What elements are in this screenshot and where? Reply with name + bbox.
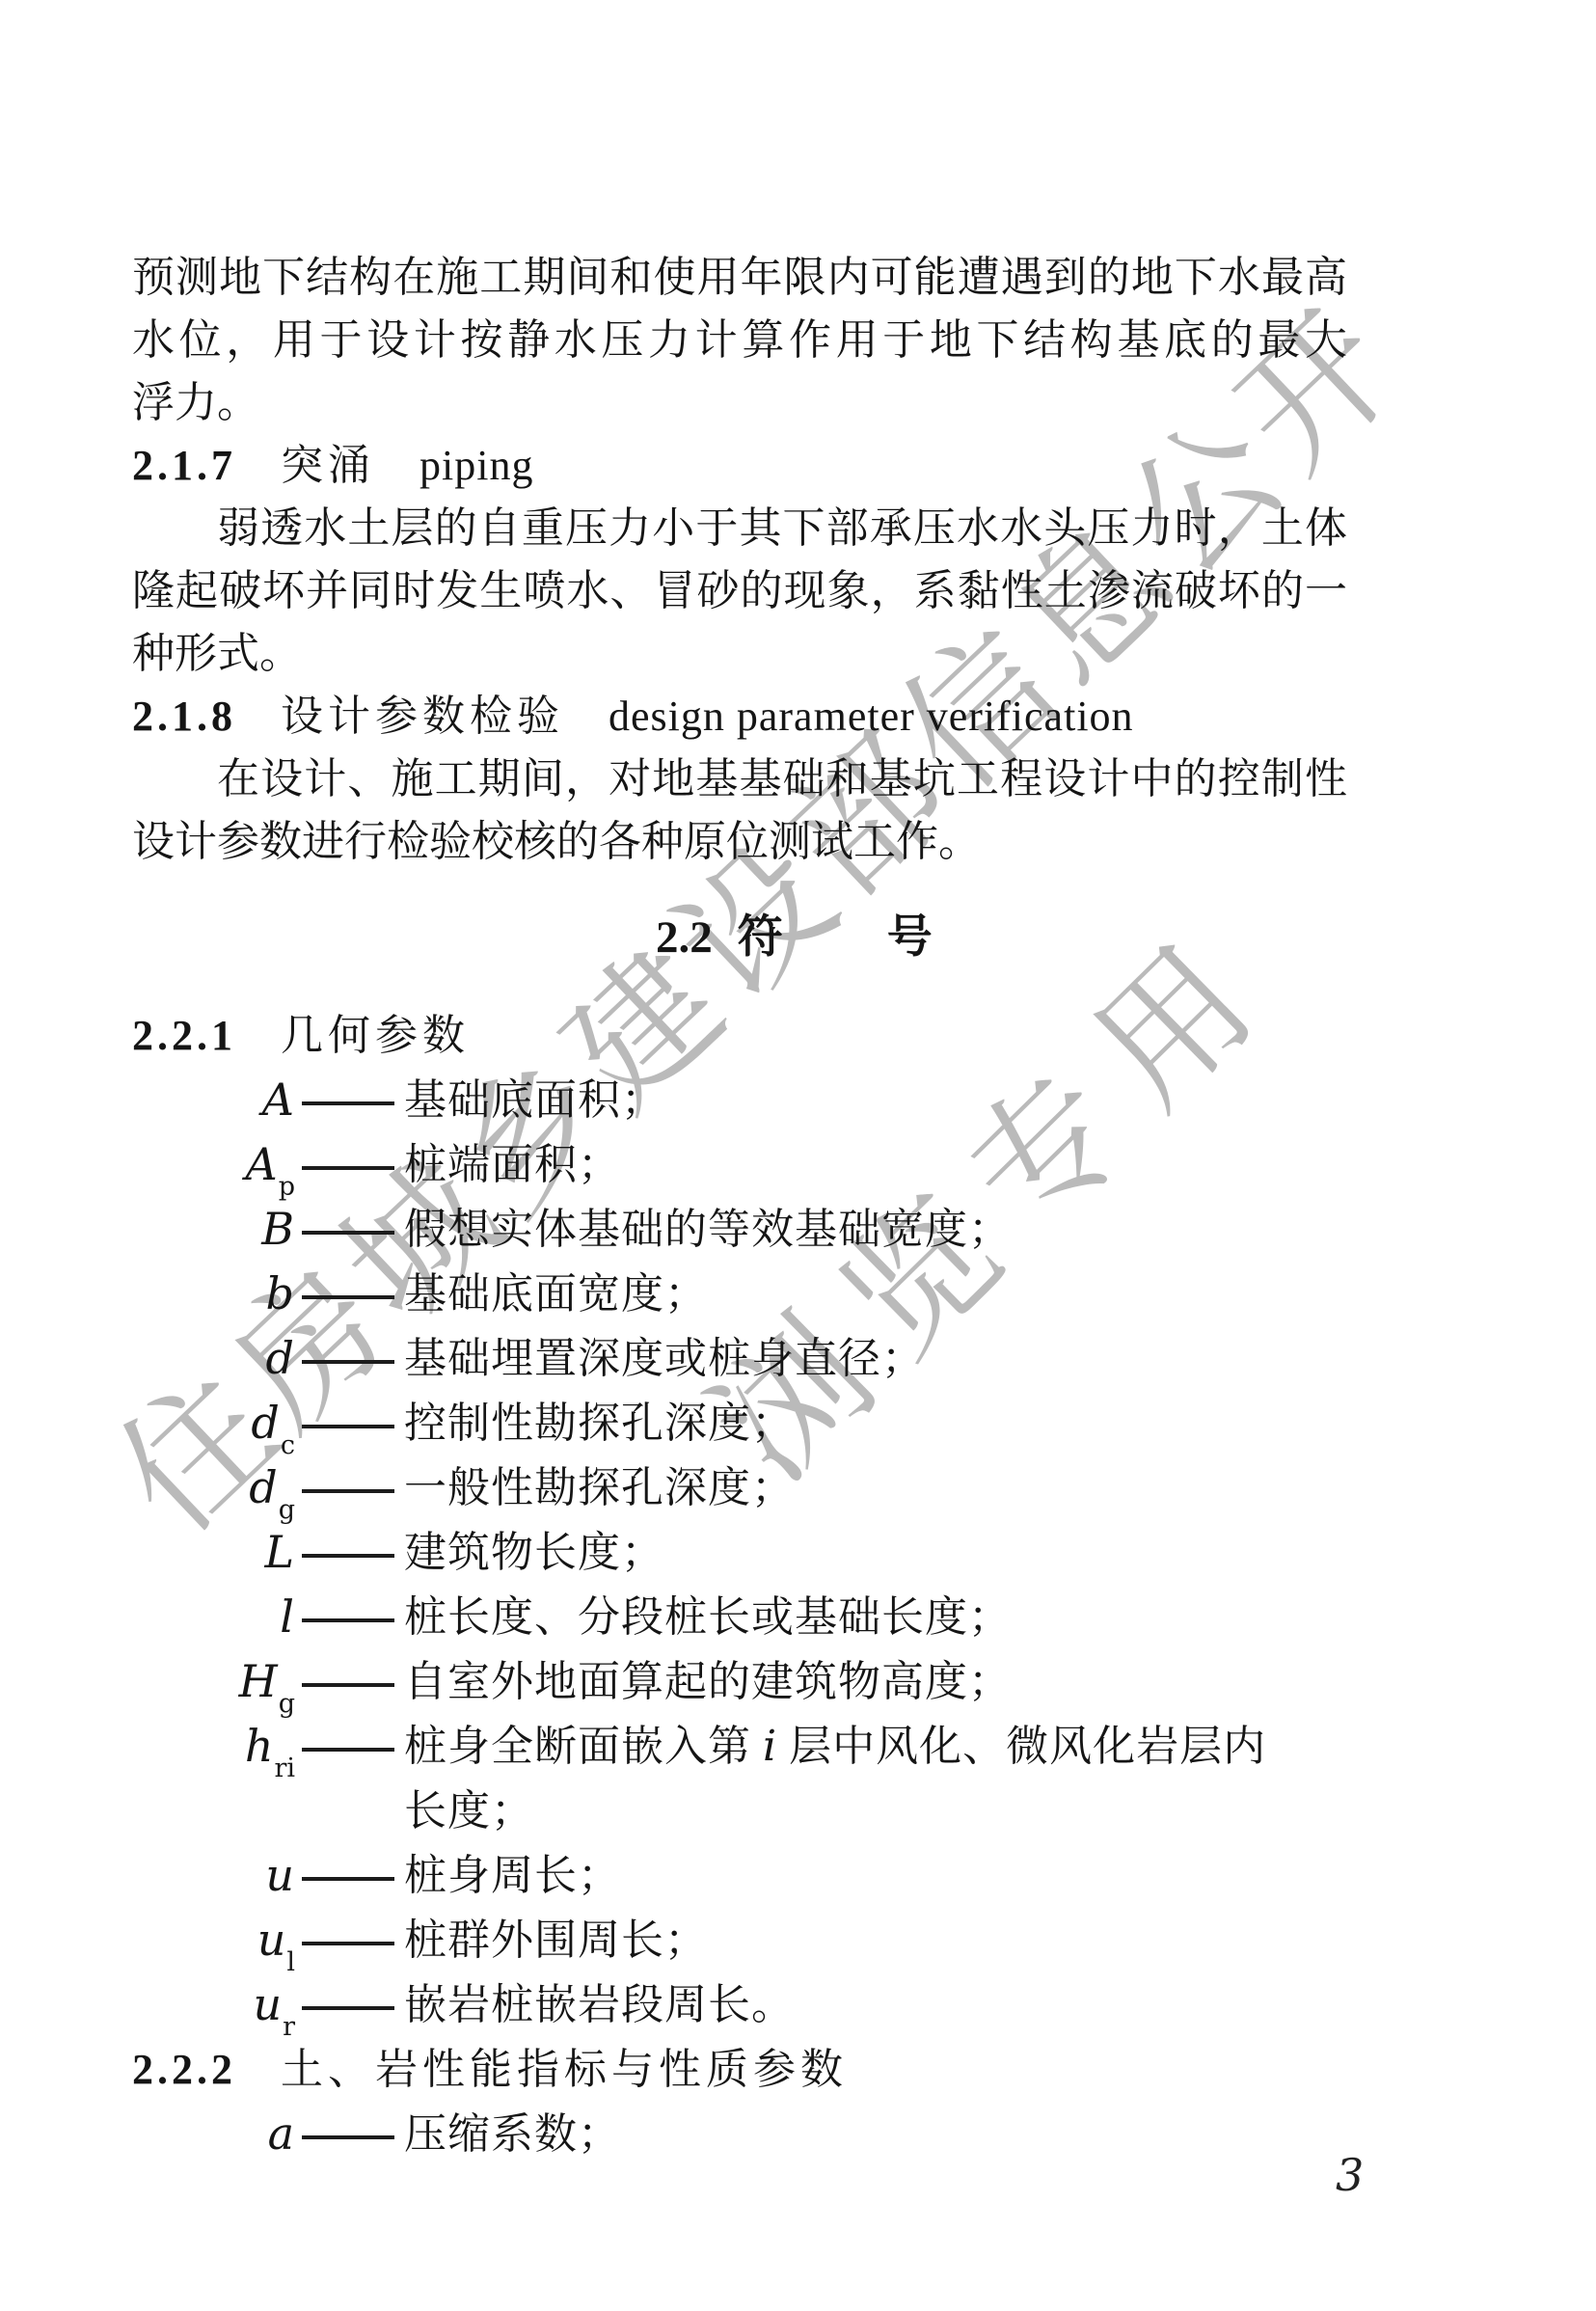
em-dash: [302, 1231, 394, 1235]
symbol-letter: u: [257, 1914, 286, 1966]
clause-2-1-8-paragraph-line-2: 设计参数进行检验校核的各种原位测试工作。: [132, 810, 1347, 873]
symbol: Ap: [132, 1133, 294, 1196]
symbol-description: 假想实体基础的等效基础宽度；: [404, 1198, 1012, 1261]
symbol-row: l桩长度、分段桩长或基础长度；: [132, 1585, 1347, 1649]
symbol-letter: d: [249, 1461, 277, 1513]
symbol-row: A基础底面积；: [132, 1068, 1347, 1132]
symbol-description: 桩身周长；: [404, 1844, 621, 1907]
symbol-row: Hg自室外地面算起的建筑物高度；: [132, 1649, 1347, 1714]
symbol-subscript: c: [281, 1430, 295, 1460]
symbol: Hg: [132, 1650, 294, 1713]
em-dash: [302, 1295, 394, 1299]
em-dash: [302, 1618, 394, 1622]
symbol-row-hri: hri桩身全断面嵌入第 i 层中风化、微风化岩层内: [132, 1714, 1347, 1779]
clause-2-1-7-paragraph-line-1: 弱透水土层的自重压力小于其下部承压水水头压力时，土体: [132, 497, 1347, 559]
symbol-row: dc控制性勘探孔深度；: [132, 1391, 1347, 1455]
em-dash: [302, 1425, 394, 1428]
subsection-2-2-1-heading: 2.2.1几何参数: [132, 1003, 1347, 1068]
symbol-subscript: g: [279, 1689, 295, 1719]
symbol: dc: [132, 1392, 294, 1455]
symbol: ur: [132, 1973, 294, 2036]
symbol-letter: b: [266, 1267, 294, 1319]
symbol: a: [132, 2103, 294, 2165]
symbol-row: a压缩系数；: [132, 2102, 1347, 2166]
symbol-letter: h: [245, 1720, 274, 1772]
symbol-letter: L: [264, 1526, 294, 1578]
clause-2-1-8-title: 设计参数检验: [281, 693, 564, 740]
symbol-description: 基础底面宽度；: [404, 1263, 708, 1325]
symbol-letter: u: [253, 1978, 282, 2030]
em-dash: [302, 1554, 394, 1558]
symbol: B: [132, 1198, 294, 1261]
symbol-row: ur嵌岩桩嵌岩段周长。: [132, 1972, 1347, 2037]
em-dash: [302, 1101, 394, 1105]
symbol-subscript: r: [283, 2012, 295, 2042]
symbol: b: [132, 1263, 294, 1325]
symbol-letter: l: [280, 1591, 294, 1643]
symbol-letter: a: [268, 2107, 294, 2160]
symbol-description: 压缩系数；: [404, 2103, 621, 2165]
symbol-letter: d: [251, 1397, 279, 1449]
symbol-row: u桩身周长；: [132, 1843, 1347, 1908]
symbol-description: 桩身全断面嵌入第 i 层中风化、微风化岩层内: [404, 1715, 1266, 1778]
symbol-row: d基础埋置深度或桩身直径；: [132, 1326, 1347, 1391]
symbol-description: 自室外地面算起的建筑物高度；: [404, 1650, 1012, 1713]
symbol-description: 桩长度、分段桩长或基础长度；: [404, 1586, 1012, 1648]
symbol-description: 桩端面积；: [404, 1133, 621, 1196]
document-page: 住房城乡建设部信息公开 浏览专用 2.2符号 预测地下结构在施工期间和使用年限内…: [0, 0, 1596, 2311]
subsection-2-2-1-number: 2.2.1: [132, 1012, 236, 1059]
subsection-2-2-2-title: 土、岩性能指标与性质参数: [281, 2046, 848, 2093]
intro-line-2: 水位，用于设计按静水压力计算作用于地下结构基底的最大: [132, 309, 1347, 371]
symbol-row: b基础底面宽度；: [132, 1262, 1347, 1326]
clause-2-1-8-paragraph-line-1: 在设计、施工期间，对地基基础和基坑工程设计中的控制性: [132, 748, 1347, 810]
symbol-letter: A: [262, 1074, 294, 1126]
clause-2-1-7-paragraph-line-3: 种形式。: [132, 622, 1347, 685]
symbol-description: 桩群外围周长；: [404, 1909, 708, 1971]
clause-2-1-8-english-term: design parameter verification: [609, 693, 1134, 740]
symbol-description-continuation: 长度；: [132, 1779, 1347, 1843]
em-dash: [302, 2135, 394, 2139]
symbol-description: 一般性勘探孔深度；: [404, 1456, 795, 1519]
em-dash: [302, 2006, 394, 2010]
symbol: u: [132, 1844, 294, 1907]
page-content: 预测地下结构在施工期间和使用年限内可能遭遇到的地下水最高 水位，用于设计按静水压…: [132, 246, 1347, 2166]
italic-index-i: i: [763, 1722, 777, 1771]
symbol-letter: u: [265, 1849, 294, 1901]
subsection-2-2-1-title: 几何参数: [281, 1012, 470, 1059]
heading-spacer: [132, 873, 1347, 969]
clause-2-1-8-number: 2.1.8: [132, 693, 236, 740]
symbol-row: dg一般性勘探孔深度；: [132, 1455, 1347, 1520]
clause-2-1-8-heading: 2.1.8设计参数检验design parameter verification: [132, 685, 1347, 748]
page-number: 3: [1336, 2149, 1364, 2201]
symbol-subscript: g: [279, 1495, 295, 1525]
symbol: d: [132, 1327, 294, 1390]
symbol-subscript: ri: [274, 1754, 295, 1783]
clause-2-1-7-paragraph-line-2: 隆起破坏并同时发生喷水、冒砂的现象，系黏性土渗流破坏的一: [132, 559, 1347, 622]
symbol-row: B假想实体基础的等效基础宽度；: [132, 1197, 1347, 1262]
em-dash: [302, 1942, 394, 1945]
symbol-letter: H: [239, 1655, 278, 1707]
em-dash: [302, 1166, 394, 1170]
symbol-description: 基础埋置深度或桩身直径；: [404, 1327, 925, 1390]
symbol-description: 嵌岩桩嵌岩段周长。: [404, 1973, 795, 2036]
symbol-letter: A: [245, 1138, 277, 1190]
symbol: dg: [132, 1456, 294, 1519]
description-text: 层中风化、微风化岩层内: [777, 1723, 1266, 1770]
symbol: hri: [132, 1715, 294, 1778]
symbol-row: ul桩群外围周长；: [132, 1908, 1347, 1972]
intro-line-1: 预测地下结构在施工期间和使用年限内可能遭遇到的地下水最高: [132, 246, 1347, 309]
em-dash: [302, 1683, 394, 1687]
subsection-2-2-2-heading: 2.2.2土、岩性能指标与性质参数: [132, 2037, 1347, 2102]
symbol-letter: d: [266, 1332, 294, 1384]
em-dash: [302, 1877, 394, 1881]
symbol: A: [132, 1069, 294, 1131]
symbol-description: 基础底面积；: [404, 1069, 664, 1131]
symbol-description: 建筑物长度；: [404, 1521, 664, 1584]
symbol: ul: [132, 1909, 294, 1971]
symbol-row: Ap桩端面积；: [132, 1132, 1347, 1197]
intro-line-3: 浮力。: [132, 371, 1347, 434]
em-dash: [302, 1489, 394, 1493]
symbol-description: 控制性勘探孔深度；: [404, 1392, 795, 1455]
symbol: L: [132, 1521, 294, 1584]
clause-2-1-7-english-term: piping: [419, 442, 533, 489]
description-text: 桩身全断面嵌入第: [404, 1723, 763, 1770]
symbol-letter: B: [261, 1203, 294, 1255]
clause-2-1-7-heading: 2.1.7突涌piping: [132, 434, 1347, 497]
subsection-2-2-2-number: 2.2.2: [132, 2046, 236, 2093]
symbol-subscript: p: [279, 1172, 295, 1202]
symbol-row: L建筑物长度；: [132, 1520, 1347, 1585]
clause-2-1-7-number: 2.1.7: [132, 442, 236, 489]
clause-2-1-7-title: 突涌: [281, 442, 375, 489]
em-dash: [302, 1748, 394, 1752]
symbol-subscript: l: [286, 1947, 295, 1977]
symbol: l: [132, 1586, 294, 1648]
em-dash: [302, 1360, 394, 1364]
